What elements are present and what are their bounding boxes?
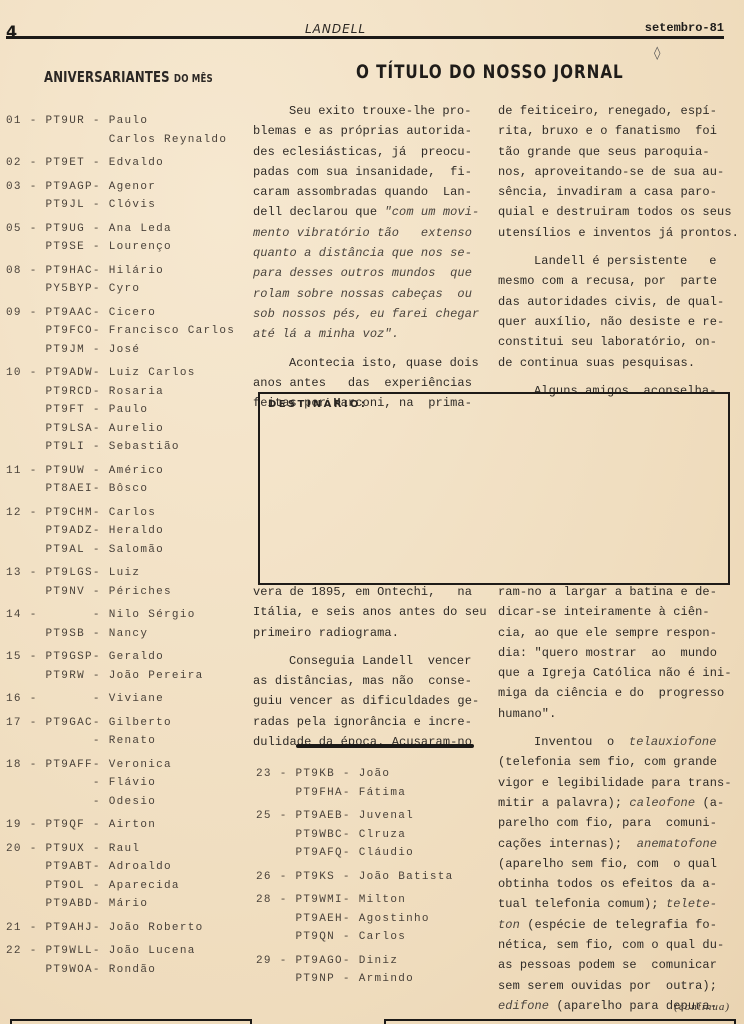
birthday-day-group: 26 - PT9KS - João Batista <box>256 868 491 887</box>
birthday-day-group: 23 - PT9KB - João PT9FHA- Fátima <box>256 765 491 802</box>
birthday-entry: 03 - PT9AGP- Agenor <box>6 178 246 197</box>
birthday-day-group: 01 - PT9UR - Paulo Carlos Reynaldo <box>6 112 246 149</box>
birthday-entry: PT9SE - Lourenço <box>6 238 246 257</box>
birthday-day-group: 13 - PT9LGS- Luiz PT9NV - Périches <box>6 564 246 601</box>
article-column-2-bottom: ram-no a largar a batina e de-dicar-se i… <box>498 582 743 1016</box>
birthdays-title-main: ANIVERSARIANTES <box>44 68 170 86</box>
article-line: nética, sem fio, com o qual du- <box>498 935 743 955</box>
birthday-entry: 11 - PT9UW - Américo <box>6 462 246 481</box>
birthday-entry: - Odesio <box>6 793 246 812</box>
article-line: tual telefonia comum); telete- <box>498 894 743 914</box>
article-line: sem serem ouvidas por outra); <box>498 976 743 996</box>
birthday-entry: PT9JM - José <box>6 341 246 360</box>
article-line: de feiticeiro, renegado, espí- <box>498 101 743 121</box>
article-line: utensílios e inventos já prontos. <box>498 223 743 243</box>
birthday-entry: PT9RW - João Pereira <box>6 667 246 686</box>
article-line: mesmo com a recusa, por parte <box>498 271 743 291</box>
birthday-day-group: 10 - PT9ADW- Luiz Carlos PT9RCD- Rosaria… <box>6 364 246 457</box>
birthday-entry: PT9QN - Carlos <box>256 928 491 947</box>
birthday-entry: PT9SB - Nancy <box>6 625 246 644</box>
birthday-day-group: 21 - PT9AHJ- João Roberto <box>6 919 246 938</box>
article-line: das autoridades civis, de qual- <box>498 292 743 312</box>
birthday-entry: PT8AEI- Bôsco <box>6 480 246 499</box>
article-line: dulidade da época. Acusaram-no <box>253 732 488 752</box>
birthday-entry: 19 - PT9QF - Airton <box>6 816 246 835</box>
birthday-entry: 26 - PT9KS - João Batista <box>256 868 491 887</box>
birthday-entry: 16 - - Viviane <box>6 690 246 709</box>
birthday-day-group: 19 - PT9QF - Airton <box>6 816 246 835</box>
article-line: caram assombradas quando Lan- <box>253 182 488 202</box>
birthday-day-group: 18 - PT9AFF- Veronica - Flávio - Odesio <box>6 756 246 812</box>
birthday-day-group: 12 - PT9CHM- Carlos PT9ADZ- Heraldo PT9A… <box>6 504 246 560</box>
article-line: Conseguia Landell vencer <box>253 651 488 671</box>
birthday-entry: 25 - PT9AEB- Juvenal <box>256 807 491 826</box>
article-line: Landell é persistente e <box>498 251 743 271</box>
article-line: quer auxílio, não desiste e re- <box>498 312 743 332</box>
article-line: as pessoas podem se comunicar <box>498 955 743 975</box>
article-line: quanto a distância que nos se- <box>253 243 488 263</box>
section-divider <box>296 744 474 748</box>
article-line: radas pela ignorância e incre- <box>253 712 488 732</box>
continued-label: (continua) <box>674 1001 730 1013</box>
birthday-entry: 21 - PT9AHJ- João Roberto <box>6 919 246 938</box>
article-line: que a Igreja Católica não é ini- <box>498 663 743 683</box>
birthday-entry: - Renato <box>6 732 246 751</box>
stray-mark: ◊ <box>654 46 660 61</box>
article-line: dia: "quero mostrar ao mundo <box>498 643 743 663</box>
bottom-frame-right <box>384 1019 736 1024</box>
birthday-entry: 05 - PT9UG - Ana Leda <box>6 220 246 239</box>
article-line: Itália, e seis anos antes do seu <box>253 602 488 622</box>
article-line: mento vibratório tão extenso <box>253 223 488 243</box>
article-line: dicar-se inteiramente à ciên- <box>498 602 743 622</box>
article-line: anos antes das experiências <box>253 373 488 393</box>
article-title: O TÍTULO DO NOSSO JORNAL <box>356 61 624 83</box>
birthday-entry: 17 - PT9GAC- Gilberto <box>6 714 246 733</box>
birthday-entry: PT9OL - Aparecida <box>6 877 246 896</box>
article-line: rolam sobre nossas cabeças ou <box>253 284 488 304</box>
birthday-entry: 22 - PT9WLL- João Lucena <box>6 942 246 961</box>
birthday-day-group: 11 - PT9UW - Américo PT8AEI- Bôsco <box>6 462 246 499</box>
birthday-day-group: 02 - PT9ET - Edvaldo <box>6 154 246 173</box>
article-line: ton (espécie de telegrafia fo- <box>498 915 743 935</box>
birthday-entry: PT9RCD- Rosaria <box>6 383 246 402</box>
article-line: cações internas); anematofone <box>498 834 743 854</box>
birthday-day-group: 20 - PT9UX - Raul PT9ABT- Adroaldo PT9OL… <box>6 840 246 914</box>
birthday-entry: 20 - PT9UX - Raul <box>6 840 246 859</box>
birthday-entry: 10 - PT9ADW- Luiz Carlos <box>6 364 246 383</box>
birthday-entry: 14 - - Nilo Sérgio <box>6 606 246 625</box>
address-label: DESTINÁRIO: <box>268 399 367 410</box>
birthday-entry: 28 - PT9WMI- Milton <box>256 891 491 910</box>
article-line: miga da ciência e do progresso <box>498 683 743 703</box>
birthday-day-group: 09 - PT9AAC- Cicero PT9FCO- Francisco Ca… <box>6 304 246 360</box>
birthday-entry: - Flávio <box>6 774 246 793</box>
birthday-entry: Carlos Reynaldo <box>6 131 246 150</box>
article-line: obtinha todos os efeitos da a- <box>498 874 743 894</box>
birthday-entry: PT9AFQ- Cláudio <box>256 844 491 863</box>
birthday-entry: 01 - PT9UR - Paulo <box>6 112 246 131</box>
article-column-1-bottom: vera de 1895, em Ontechi, naItália, e se… <box>253 582 488 752</box>
birthday-entry: PT9LSA- Aurelio <box>6 420 246 439</box>
article-line: Acontecia isto, quase dois <box>253 353 488 373</box>
birthday-entry: PT9FCO- Francisco Carlos <box>6 322 246 341</box>
birthday-entry: PT9ABT- Adroaldo <box>6 858 246 877</box>
article-line: sob nossos pés, eu farei chegar <box>253 304 488 324</box>
article-line: até lá a minha voz". <box>253 324 488 344</box>
birthday-entry: PT9LI - Sebastião <box>6 438 246 457</box>
birthday-entry: PT9WBC- Clruza <box>256 826 491 845</box>
article-line: vigor e legibilidade para trans- <box>498 773 743 793</box>
birthday-day-group: 14 - - Nilo Sérgio PT9SB - Nancy <box>6 606 246 643</box>
article-line: (aparelho sem fio, com o qual <box>498 854 743 874</box>
masthead: LANDELL <box>305 22 366 36</box>
birthday-day-group: 16 - - Viviane <box>6 690 246 709</box>
issue-date: setembro-81 <box>645 21 724 35</box>
birthday-entry: 08 - PT9HAC- Hilário <box>6 262 246 281</box>
birthday-entry: 02 - PT9ET - Edvaldo <box>6 154 246 173</box>
article-line: (telefonia sem fio, com grande <box>498 752 743 772</box>
birthday-list-left: 01 - PT9UR - Paulo Carlos Reynaldo02 - P… <box>6 112 246 984</box>
article-line: humano". <box>498 704 743 724</box>
article-line: as distâncias, mas não conse- <box>253 671 488 691</box>
article-line: cia, ao que ele sempre respon- <box>498 623 743 643</box>
article-line: mitir a palavra); caleofone (a- <box>498 793 743 813</box>
birthday-entry: 15 - PT9GSP- Geraldo <box>6 648 246 667</box>
article-line: guiu vencer as dificuldades ge- <box>253 691 488 711</box>
birthday-day-group: 05 - PT9UG - Ana Leda PT9SE - Lourenço <box>6 220 246 257</box>
birthday-entry: 18 - PT9AFF- Veronica <box>6 756 246 775</box>
article-line: des eclesiásticas, já preocu- <box>253 142 488 162</box>
birthday-entry: 12 - PT9CHM- Carlos <box>6 504 246 523</box>
birthday-list-middle: 23 - PT9KB - João PT9FHA- Fátima25 - PT9… <box>256 765 491 994</box>
article-line: parelho com fio, para comuni- <box>498 813 743 833</box>
birthday-entry: 29 - PT9AGO- Diniz <box>256 952 491 971</box>
birthday-day-group: 17 - PT9GAC- Gilberto - Renato <box>6 714 246 751</box>
article-line: de continua suas pesquisas. <box>498 353 743 373</box>
address-box: DESTINÁRIO: <box>258 392 730 585</box>
birthday-entry: PY5BYP- Cyro <box>6 280 246 299</box>
article-line: para desses outros mundos que <box>253 263 488 283</box>
birthday-entry: PT9AL - Salomão <box>6 541 246 560</box>
article-line: quial e destruiram todos os seus <box>498 202 743 222</box>
article-column-1-top: Seu exito trouxe-lhe pro-blemas e as pró… <box>253 101 488 413</box>
birthday-day-group: 22 - PT9WLL- João Lucena PT9WOA- Rondão <box>6 942 246 979</box>
article-line: nos, aproveitando-se de sua au- <box>498 162 743 182</box>
article-line: padas com sua insanidade, fi- <box>253 162 488 182</box>
birthday-entry: PT9AEH- Agostinho <box>256 910 491 929</box>
bottom-frame-left <box>10 1019 252 1024</box>
birthday-entry: PT9ADZ- Heraldo <box>6 522 246 541</box>
birthday-day-group: 29 - PT9AGO- Diniz PT9NP - Armindo <box>256 952 491 989</box>
birthday-day-group: 25 - PT9AEB- Juvenal PT9WBC- Clruza PT9A… <box>256 807 491 863</box>
birthday-day-group: 03 - PT9AGP- Agenor PT9JL - Clóvis <box>6 178 246 215</box>
birthday-day-group: 08 - PT9HAC- Hilário PY5BYP- Cyro <box>6 262 246 299</box>
header-rule <box>6 36 724 39</box>
birthday-entry: 09 - PT9AAC- Cicero <box>6 304 246 323</box>
birthday-entry: PT9JL - Clóvis <box>6 196 246 215</box>
birthdays-title: ANIVERSARIANTES DO MÊS <box>44 68 213 86</box>
birthday-entry: PT9FT - Paulo <box>6 401 246 420</box>
article-line: tão grande que seus paroquia- <box>498 142 743 162</box>
article-line: ram-no a largar a batina e de- <box>498 582 743 602</box>
article-line: vera de 1895, em Ontechi, na <box>253 582 488 602</box>
birthday-entry: PT9FHA- Fátima <box>256 784 491 803</box>
article-line: primeiro radiograma. <box>253 623 488 643</box>
birthday-day-group: 15 - PT9GSP- Geraldo PT9RW - João Pereir… <box>6 648 246 685</box>
birthday-entry: PT9ABD- Mário <box>6 895 246 914</box>
birthday-day-group: 28 - PT9WMI- Milton PT9AEH- Agostinho PT… <box>256 891 491 947</box>
birthdays-title-small: DO MÊS <box>174 72 213 85</box>
birthday-entry: PT9NP - Armindo <box>256 970 491 989</box>
birthday-entry: PT9NV - Périches <box>6 583 246 602</box>
birthday-entry: PT9WOA- Rondão <box>6 961 246 980</box>
article-column-2-top: de feiticeiro, renegado, espí-rita, brux… <box>498 101 743 401</box>
article-line: constitui seu laboratório, on- <box>498 332 743 352</box>
article-line: blemas e as próprias autorida- <box>253 121 488 141</box>
article-line: dell declarou que "com um movi- <box>253 202 488 222</box>
article-line: Inventou o telauxiofone <box>498 732 743 752</box>
article-line: sência, invadiram a casa paro- <box>498 182 743 202</box>
birthday-entry: 13 - PT9LGS- Luiz <box>6 564 246 583</box>
article-line: rita, bruxo e o fanatismo foi <box>498 121 743 141</box>
article-line: Seu exito trouxe-lhe pro- <box>253 101 488 121</box>
birthday-entry: 23 - PT9KB - João <box>256 765 491 784</box>
